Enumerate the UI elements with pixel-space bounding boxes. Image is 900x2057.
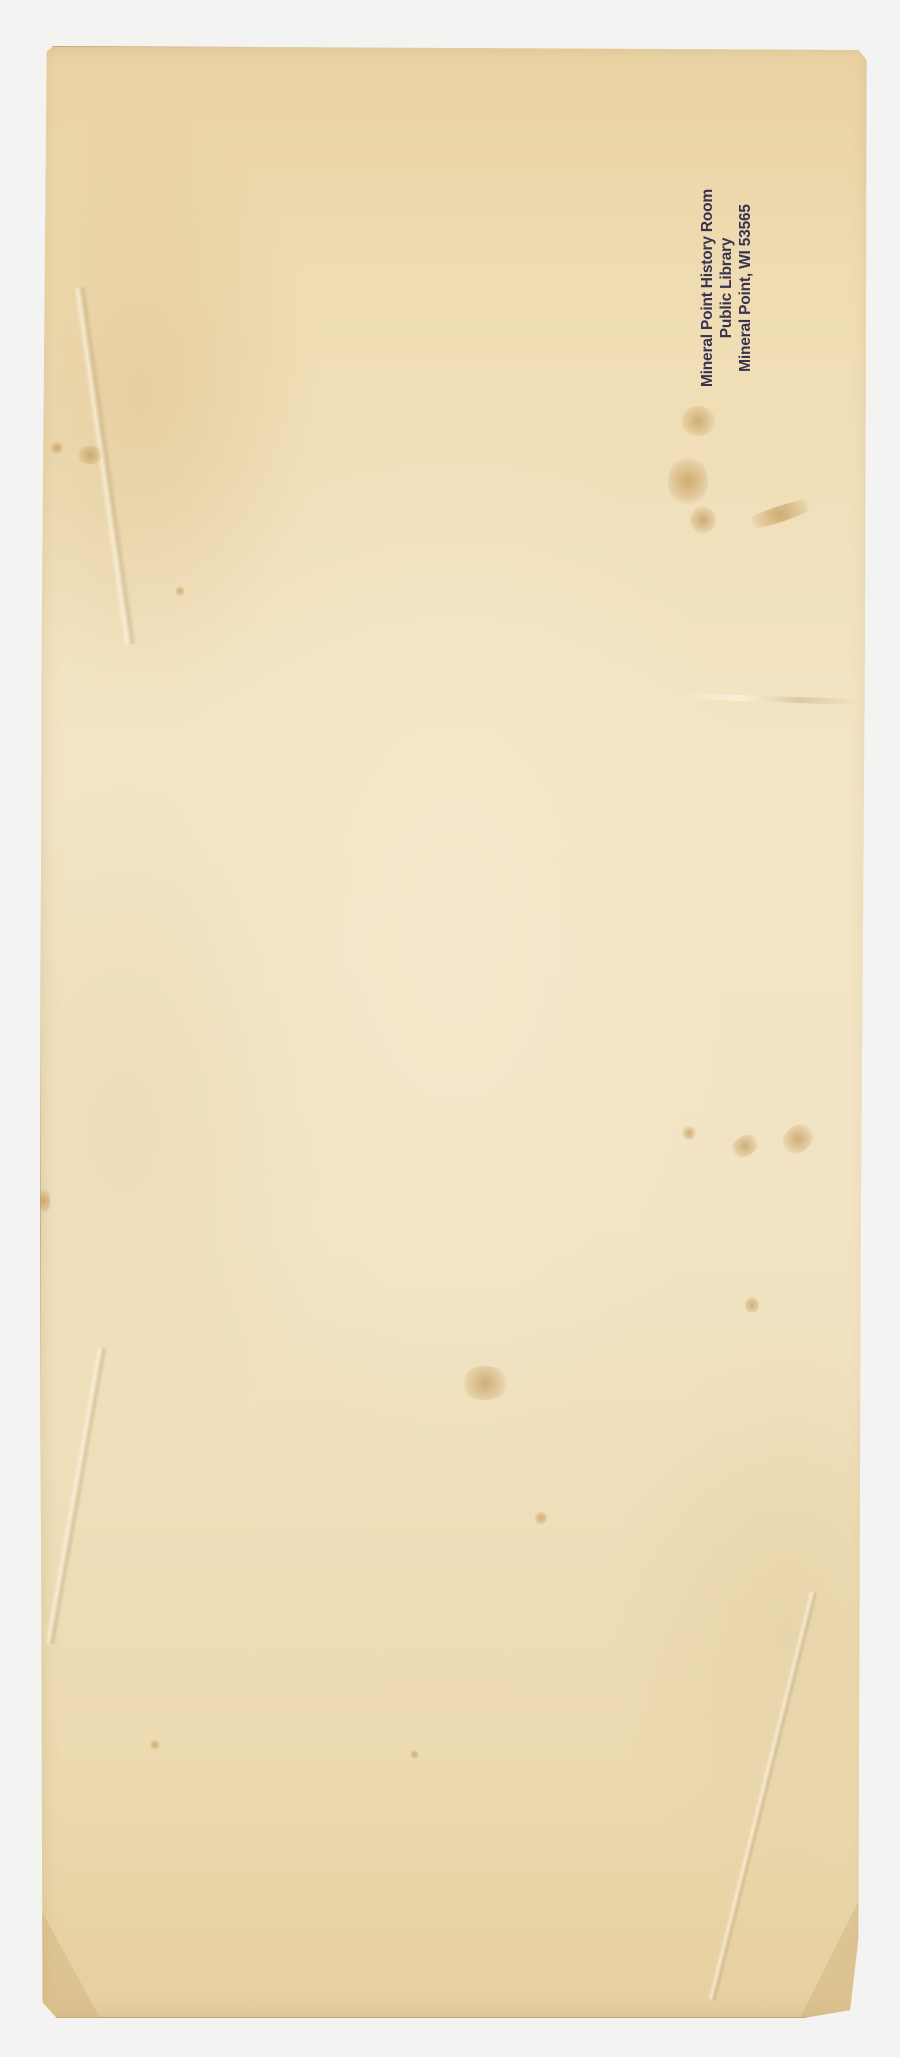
stain-top-right-3 [690, 506, 716, 534]
stain-left-edge [36, 1186, 50, 1216]
scan-background: Mineral Point History Room Public Librar… [0, 0, 900, 2057]
stain-right-mid-1 [682, 1126, 696, 1140]
stain-left-2 [50, 442, 64, 454]
stain-lower-2 [150, 1740, 160, 1750]
stain-mid-1 [460, 1366, 510, 1400]
stain-right-mid-2 [727, 1130, 763, 1162]
stain-top-right-streak [739, 494, 820, 534]
stain-right-mid-4 [745, 1296, 759, 1314]
crease-right-upper [680, 693, 860, 705]
corner-flap-bottom-right [800, 1878, 870, 2018]
stain-top-right-2 [668, 456, 708, 506]
stain-left-3 [175, 586, 185, 596]
stamp-line-2: Public Library [717, 158, 736, 418]
crease-left-upper [73, 287, 137, 645]
paper-right-edge [867, 46, 870, 2018]
corner-flap-bottom-left [40, 1908, 100, 2018]
stamp-line-3: Mineral Point, WI 53565 [736, 158, 755, 418]
stain-right-mid-3 [776, 1117, 820, 1160]
crease-right-lower [707, 1591, 818, 2001]
stain-left-1 [76, 446, 104, 464]
stain-lower-3 [410, 1750, 419, 1759]
library-stamp: Mineral Point History Room Public Librar… [698, 158, 755, 418]
stamp-line-1: Mineral Point History Room [698, 158, 717, 418]
crease-left-lower [44, 1347, 108, 1645]
stain-lower-1 [535, 1511, 547, 1525]
